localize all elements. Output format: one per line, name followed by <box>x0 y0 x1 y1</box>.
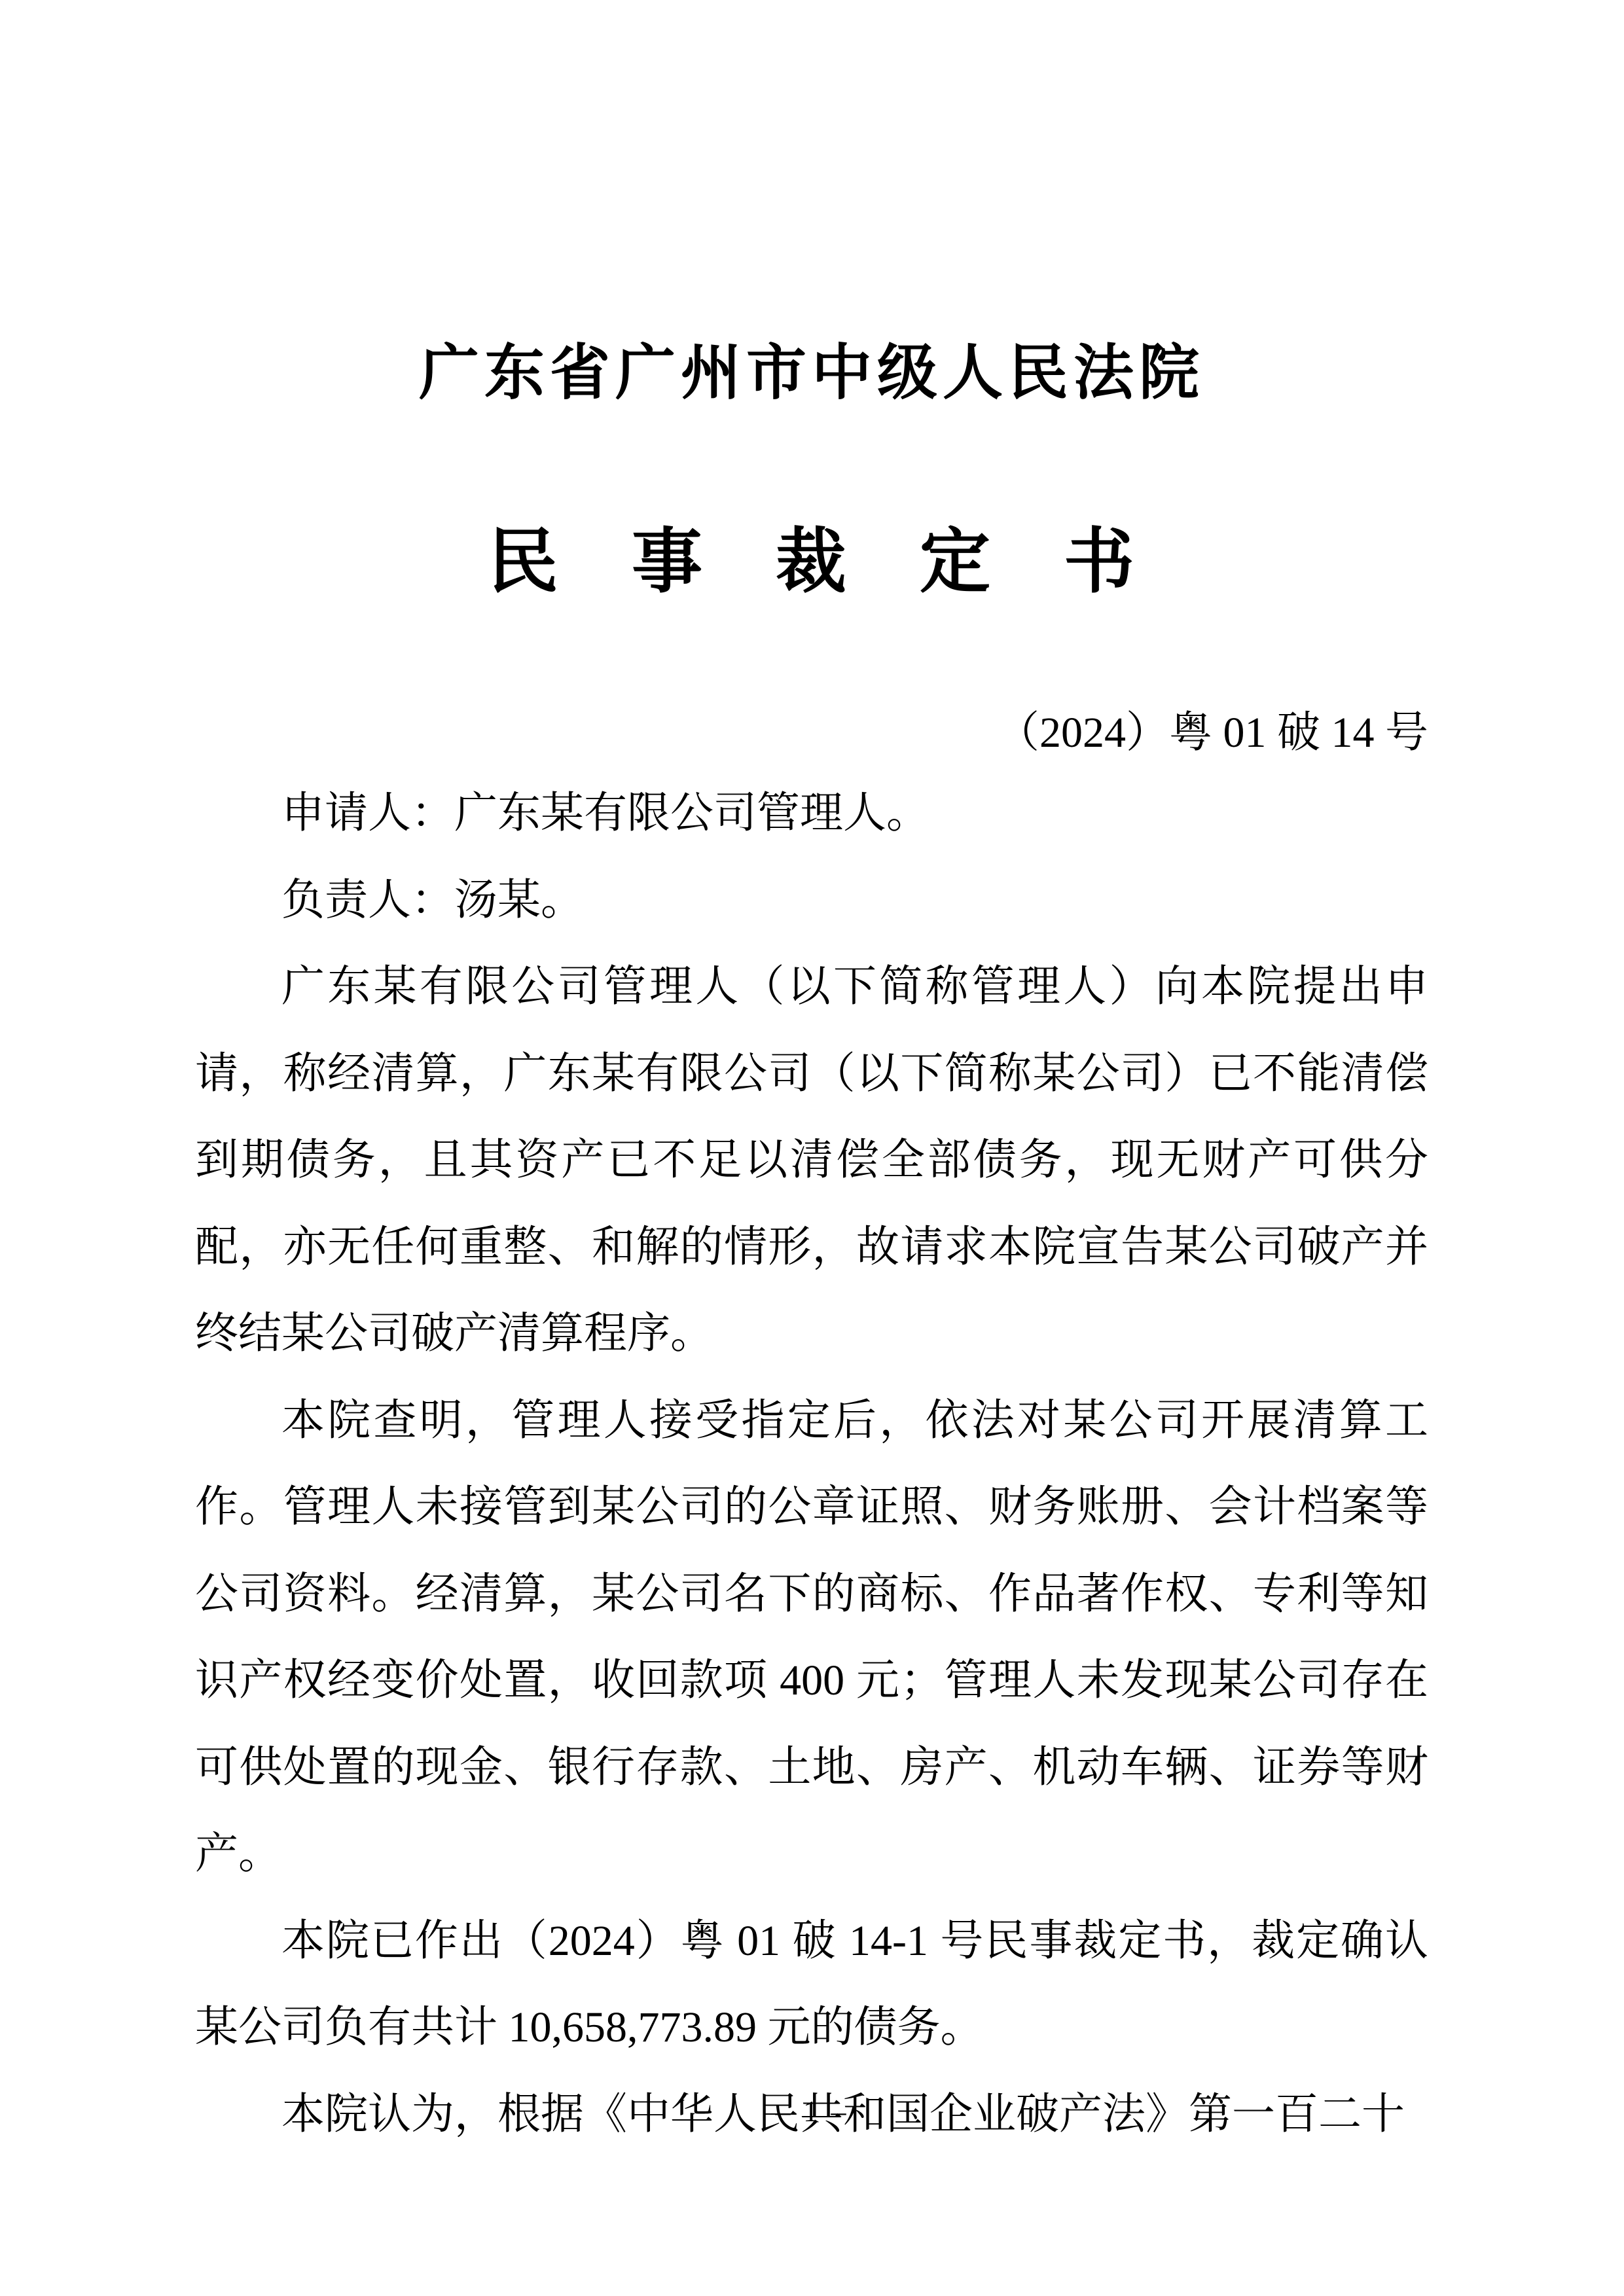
document-type-title: 民 事 裁 定 书 <box>195 528 1428 598</box>
paragraph-prior-ruling: 本院已作出（2024）粤 01 破 14-1 号民事裁定书，裁定确认某公司负有共… <box>195 1898 1428 2072</box>
paragraph-court-findings: 本院查明，管理人接受指定后，依法对某公司开展清算工作。管理人未接管到某公司的公章… <box>195 1378 1428 1898</box>
case-number: （2024）粤 01 破 14 号 <box>195 711 1428 755</box>
document-page: 广东省广州市中级人民法院 民 事 裁 定 书 （2024）粤 01 破 14 号… <box>0 0 1624 2296</box>
paragraph-responsible-person: 负责人：汤某。 <box>195 857 1428 944</box>
paragraph-application-statement: 广东某有限公司管理人（以下简称管理人）向本院提出申请，称经清算，广东某有限公司（… <box>195 944 1428 1378</box>
court-name-heading: 广东省广州市中级人民法院 <box>195 343 1428 403</box>
paragraph-applicant: 申请人：广东某有限公司管理人。 <box>195 770 1428 857</box>
document-body: 申请人：广东某有限公司管理人。 负责人：汤某。 广东某有限公司管理人（以下简称管… <box>195 770 1428 2158</box>
page-number: – 1 – <box>0 2096 1624 2126</box>
